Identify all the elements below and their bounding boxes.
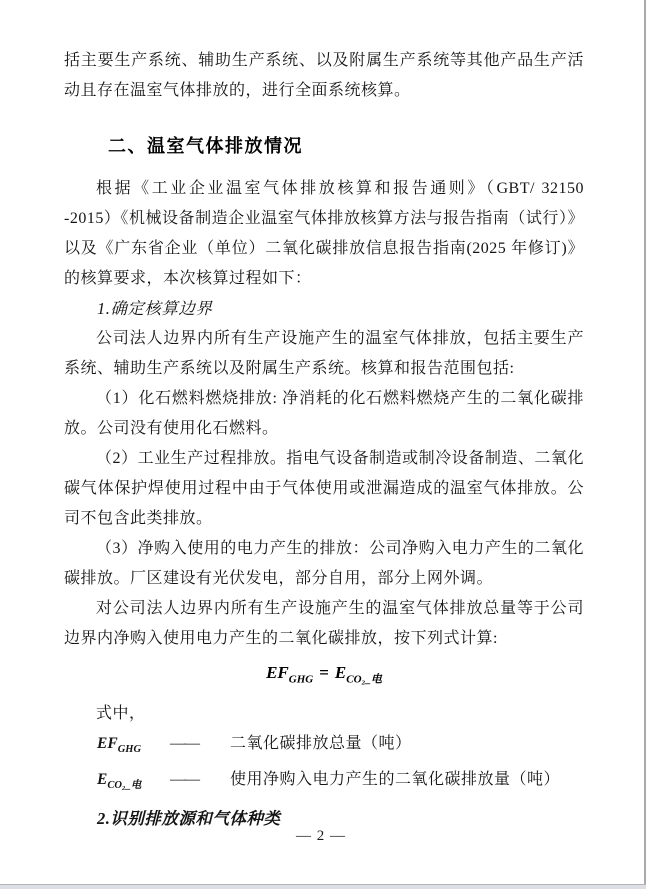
formula-equals-sign: = xyxy=(319,663,329,682)
item-2-industrial-process: （2）工业生产过程排放。指电气设备制造或制冷设备制造、二氧化碳气体保护焊使用过程… xyxy=(64,444,584,534)
definition-dash: —— xyxy=(170,765,216,801)
definition-symbol-e-co2: ECO₂_电 xyxy=(97,765,170,801)
definition-text-total-emissions: 二氧化碳排放总量（吨） xyxy=(216,729,584,765)
definition-row-ef-ghg: EFGHG —— 二氧化碳排放总量（吨） xyxy=(64,729,584,765)
intro-continuation-paragraph: 括主要生产系统、辅助生产系统、以及附属生产系统等其他产品生产活动且存在温室气体排… xyxy=(64,46,584,106)
section-heading-ghg-emissions: 二、温室气体排放情况 xyxy=(108,132,584,158)
item-3-purchased-electricity: （3）净购入使用的电力产生的排放：公司净购入电力产生的二氧化碳排放。厂区建设有光… xyxy=(64,534,584,594)
subheading-1-boundary: 1.确定核算边界 xyxy=(64,294,584,324)
definition-symbol-subscript: CO₂_电 xyxy=(107,781,141,792)
definition-symbol-base: EF xyxy=(97,735,118,752)
boundary-paragraph: 公司法人边界内所有生产设施产生的温室气体排放，包括主要生产系统、辅助生产系统以及… xyxy=(64,324,584,384)
definition-symbol-base: E xyxy=(97,771,107,788)
page-number: — 2 — xyxy=(0,828,642,845)
definition-row-e-co2: ECO₂_电 —— 使用净购入电力产生的二氧化碳排放量（吨） xyxy=(64,765,584,801)
definition-text-electricity-emissions: 使用净购入电力产生的二氧化碳排放量（吨） xyxy=(216,765,584,801)
formula-lhs-base: EF xyxy=(266,663,289,682)
definition-symbol-ef-ghg: EFGHG xyxy=(97,729,170,765)
formula-lhs-subscript: GHG xyxy=(289,673,313,685)
total-emission-paragraph: 对公司法人边界内所有生产设施产生的温室气体排放总量等于公司边界内净购入使用电力产… xyxy=(64,594,584,654)
definition-dash: —— xyxy=(170,729,216,765)
where-label: 式中， xyxy=(64,699,584,729)
item-1-fossil-fuel: （1）化石燃料燃烧排放: 净消耗的化石燃料燃烧产生的二氧化碳排放。公司没有使用化… xyxy=(64,384,584,444)
formula-ef-ghg: EFGHG=ECO₂_电 xyxy=(64,655,584,697)
definition-symbol-subscript: GHG xyxy=(118,744,141,755)
formula-rhs-subscript: CO₂_电 xyxy=(346,673,382,685)
document-page: 括主要生产系统、辅助生产系统、以及附属生产系统等其他产品生产活动且存在温室气体排… xyxy=(0,0,646,889)
viewer-bottom-edge xyxy=(0,884,646,889)
formula-rhs-base: E xyxy=(335,663,346,682)
accounting-basis-paragraph: 根据《工业企业温室气体排放核算和报告通则》（GBT/ 32150 -2015）《… xyxy=(64,174,584,294)
